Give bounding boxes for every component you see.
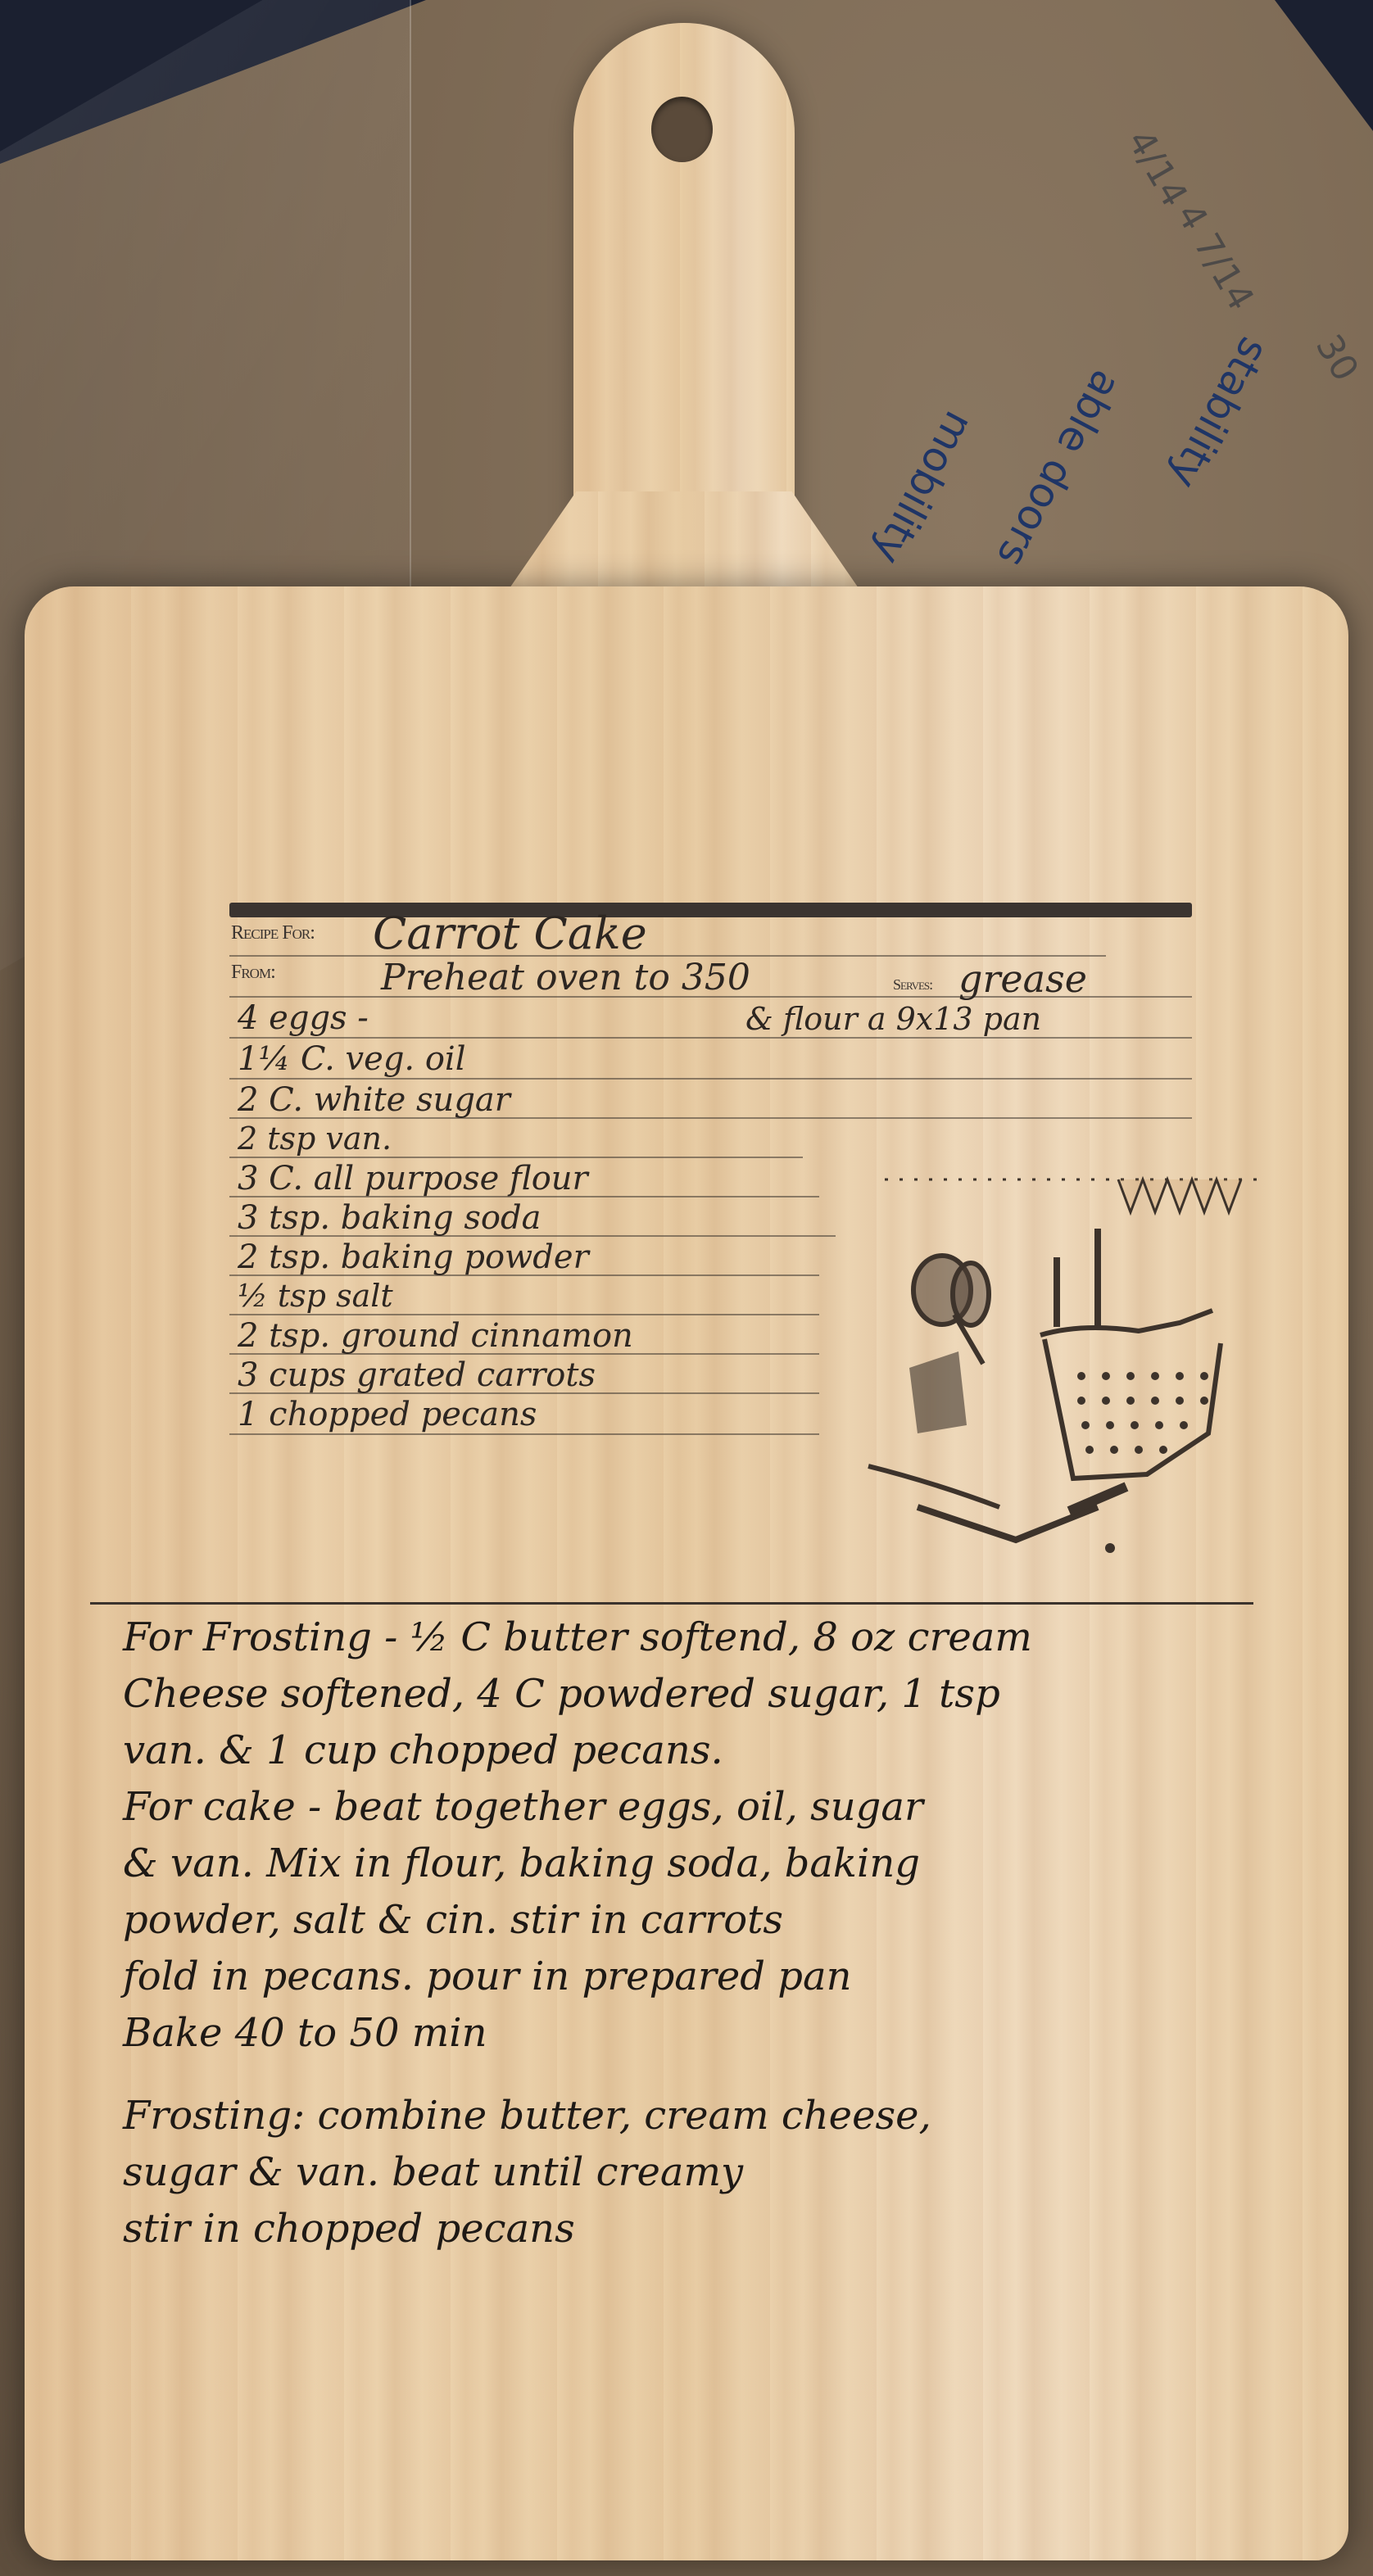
frosting-line: sugar & van. beat until creamy <box>123 2144 1286 2201</box>
ingredient-6: 3 tsp. baking soda <box>238 1199 541 1237</box>
pan-note: & flour a 9x13 pan <box>745 1001 1041 1037</box>
instruction-line: For Frosting - ½ C butter softend, 8 oz … <box>123 1609 1286 1666</box>
ingredient-11: 1 chopped pecans <box>238 1396 537 1433</box>
ingredient-9: 2 tsp. ground cinnamon <box>238 1317 633 1355</box>
instruction-line: Cheese softened, 4 C powdered sugar, 1 t… <box>123 1666 1286 1723</box>
instruction-line: & van. Mix in flour, baking soda, baking <box>123 1836 1286 1892</box>
instruction-line: powder, salt & cin. stir in carrots <box>123 1892 1286 1949</box>
serves-line: grease <box>958 957 1087 1001</box>
from-line: Preheat oven to 350 <box>381 957 750 998</box>
recipe-for-label: Recipe For: <box>231 922 315 944</box>
from-label: From: <box>231 962 275 984</box>
ingredient-2: 1¼ C. veg. oil <box>238 1040 466 1078</box>
hanging-hole <box>651 97 713 162</box>
instruction-line: fold in pecans. pour in prepared pan <box>123 1949 1286 2005</box>
kitchen-basket-illustration-icon <box>836 1163 1262 1556</box>
handwritten-instructions: For Frosting - ½ C butter softend, 8 oz … <box>123 1609 1286 2257</box>
instruction-line: Bake 40 to 50 min <box>123 2005 1286 2062</box>
section-divider <box>90 1602 1253 1605</box>
board-body <box>25 586 1348 2560</box>
serves-label: Serves: <box>893 976 932 994</box>
ingredient-3: 2 C. white sugar <box>238 1081 510 1119</box>
instruction-line: van. & 1 cup chopped pecans. <box>123 1723 1286 1779</box>
ingredient-1: 4 eggs - <box>238 999 369 1037</box>
ingredient-8: ½ tsp salt <box>238 1278 393 1314</box>
frosting-line: Frosting: combine butter, cream cheese, <box>123 2088 1286 2144</box>
ingredient-4: 2 tsp van. <box>238 1120 392 1157</box>
ingredient-10: 3 cups grated carrots <box>238 1356 596 1394</box>
frosting-line: stir in chopped pecans <box>123 2201 1286 2257</box>
instruction-line: For cake - beat together eggs, oil, suga… <box>123 1779 1286 1836</box>
recipe-title: Carrot Cake <box>373 908 647 959</box>
cutting-board: Recipe For: From: Serves: Carrot Cake Pr… <box>0 0 1373 2576</box>
ingredient-7: 2 tsp. baking powder <box>238 1238 589 1276</box>
ingredient-5: 3 C. all purpose flour <box>238 1160 588 1197</box>
